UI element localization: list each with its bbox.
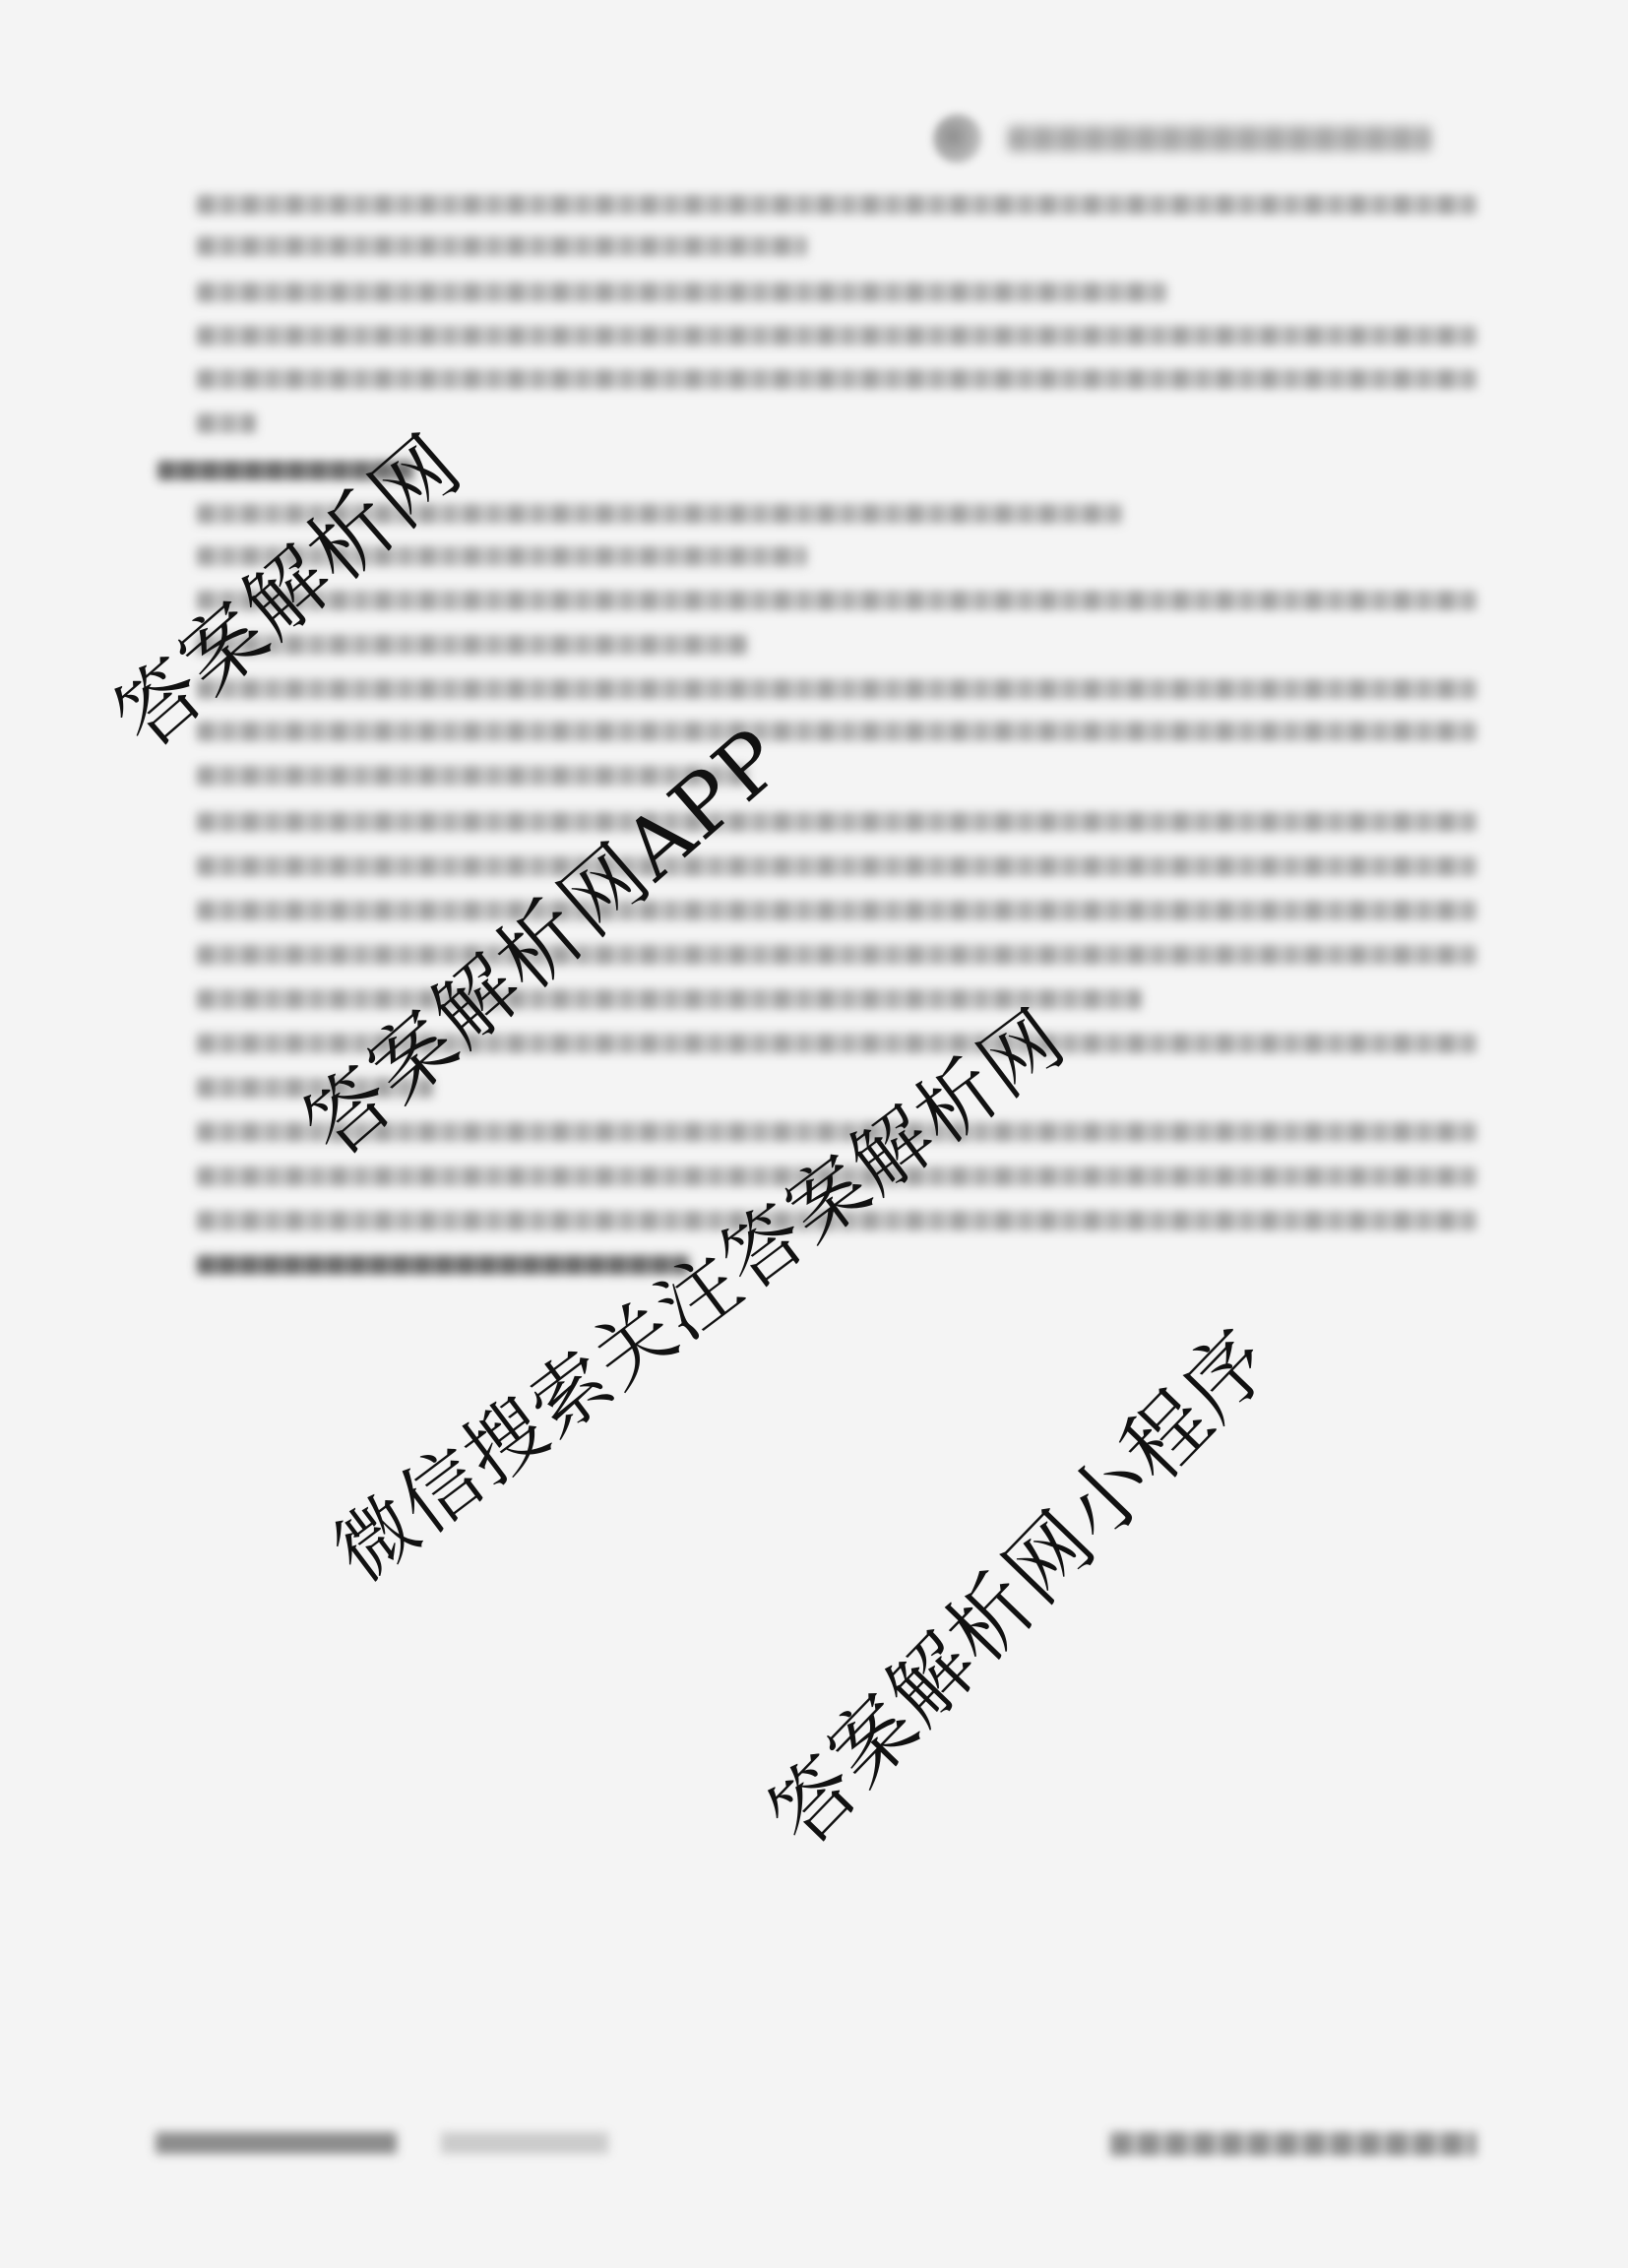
watermark-text: 答案解析网小程序: [756, 1315, 1285, 1859]
footer-left-blurred: [156, 2132, 608, 2154]
blurred-text-line: [197, 856, 1476, 876]
blurred-text-line: [197, 413, 256, 433]
blurred-text-line: [197, 901, 1476, 920]
blurred-text-line: [197, 369, 1476, 389]
header-title-blurred: [1008, 126, 1431, 152]
blurred-text-line: [197, 812, 1476, 832]
blurred-text-line: [197, 236, 807, 256]
blurred-text-line: [197, 283, 1166, 302]
footer-right-blurred: [1110, 2132, 1476, 2156]
blurred-text-line: [197, 989, 1142, 1009]
blurred-text-line: [197, 945, 1476, 965]
blurred-text-line: [197, 722, 1476, 741]
publisher-logo-icon: [933, 114, 982, 163]
blurred-text-line: [197, 679, 1476, 699]
blurred-text-line: [197, 1255, 689, 1275]
blurred-text-line: [197, 326, 1476, 346]
blurred-text-line: [197, 195, 1476, 215]
document-page: 答案解析网 答案解析网APP 微信搜索关注答案解析网 答案解析网小程序: [0, 0, 1628, 2268]
blurred-text-line: [197, 591, 1476, 610]
page-header: [933, 110, 1465, 167]
